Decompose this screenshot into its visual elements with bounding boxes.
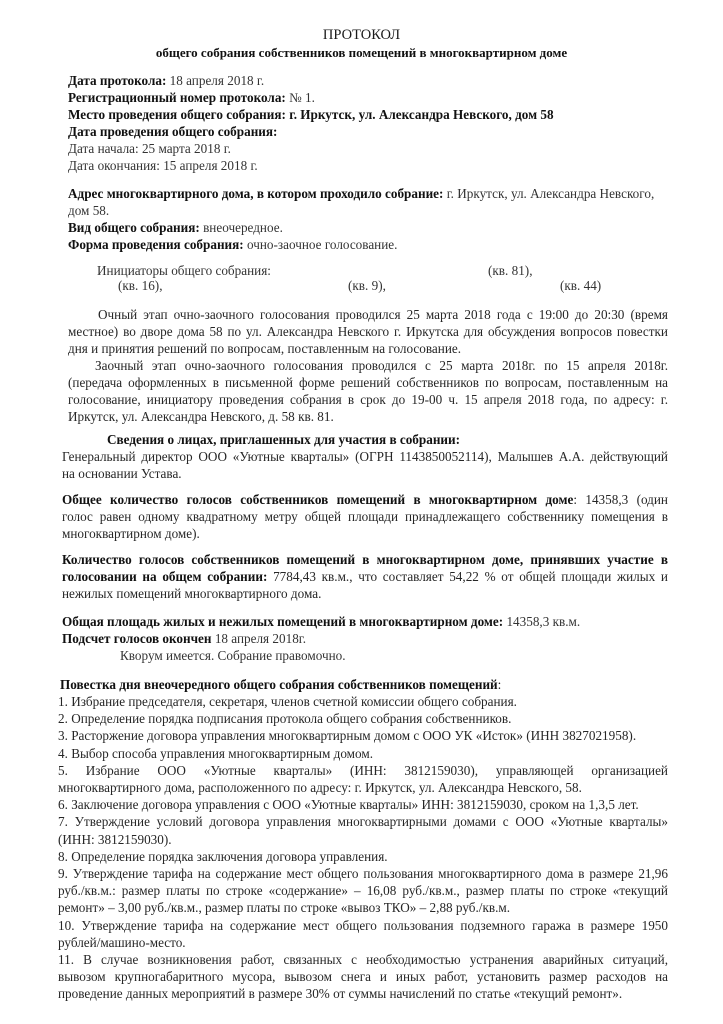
- agenda-item-line: 11. В случае возникновения работ, связан…: [58, 951, 668, 968]
- agenda-item-line: многоквартирного дома, расположенного по…: [58, 779, 668, 796]
- document-subtitle: общего собрания собственников помещений …: [0, 44, 723, 61]
- agenda-item-line: руб./кв.м.: размер платы по строке «соде…: [58, 882, 668, 899]
- document-title: ПРОТОКОЛ: [0, 27, 723, 44]
- house-address: Адрес многоквартирного дома, в котором п…: [68, 185, 654, 202]
- agenda-item-line: 4. Выбор способа управления многоквартир…: [58, 745, 668, 762]
- agenda-item: 10. Утверждение тарифа на содержание мес…: [58, 917, 668, 951]
- meeting-type: Вид общего собрания: внеочередное.: [68, 219, 283, 236]
- agenda-item-line: 8. Определение порядка заключения догово…: [58, 848, 668, 865]
- participating-votes: Количество голосов собственников помещен…: [62, 551, 668, 602]
- agenda-item: 3. Расторжение договора управления много…: [58, 727, 668, 744]
- agenda-item-line: 9. Утверждение тарифа на содержание мест…: [58, 865, 668, 882]
- agenda-item: 8. Определение порядка заключения догово…: [58, 848, 668, 865]
- agenda-item-line: вывозом крупногабаритного мусора, вывозо…: [58, 968, 668, 985]
- agenda-item-line: 3. Расторжение договора управления много…: [58, 727, 668, 744]
- agenda-item: 6. Заключение договора управления с ООО …: [58, 796, 668, 813]
- agenda-list: 1. Избрание председателя, секретаря, чле…: [58, 693, 668, 1003]
- in-person-stage: Очный этап очно-заочного голосования про…: [68, 306, 668, 357]
- agenda-item-line: 6. Заключение договора управления с ООО …: [58, 796, 668, 813]
- agenda-item-line: 2. Определение порядка подписания проток…: [58, 710, 668, 727]
- initiator-apt-44: (кв. 44): [560, 277, 601, 294]
- start-date: Дата начала: 25 марта 2018 г.: [68, 140, 231, 157]
- protocol-date: Дата протокола: 18 апреля 2018 г.: [68, 72, 264, 89]
- agenda-item-line: 5. Избрание ООО «Уютные кварталы» (ИНН: …: [58, 762, 668, 779]
- agenda-heading: Повестка дня внеочередного общего собран…: [60, 676, 501, 693]
- invited-heading: Сведения о лицах, приглашенных для участ…: [107, 431, 460, 448]
- initiator-apt-9: (кв. 9),: [348, 277, 386, 294]
- quorum-statement: Кворум имеется. Собрание правомочно.: [120, 647, 346, 664]
- total-votes: Общее количество голосов собственников п…: [62, 491, 668, 542]
- agenda-item-line: проведение данных мероприятий в размере …: [58, 985, 668, 1002]
- house-address-cont: дом 58.: [68, 202, 109, 219]
- agenda-item: 2. Определение порядка подписания проток…: [58, 710, 668, 727]
- initiator-apt-81: (кв. 81),: [488, 262, 533, 279]
- agenda-item: 11. В случае возникновения работ, связан…: [58, 951, 668, 1003]
- agenda-item: 5. Избрание ООО «Уютные кварталы» (ИНН: …: [58, 762, 668, 796]
- meeting-place: Место проведения общего собрания: г. Ирк…: [68, 106, 554, 123]
- agenda-item-line: ремонт» – 3,00 руб./кв.м., размер платы …: [58, 899, 668, 916]
- meeting-form: Форма проведения собрания: очно-заочное …: [68, 236, 397, 253]
- agenda-item: 4. Выбор способа управления многоквартир…: [58, 745, 668, 762]
- agenda-item-line: рублей/машино-место.: [58, 934, 668, 951]
- agenda-item: 7. Утверждение условий договора управлен…: [58, 813, 668, 847]
- total-area: Общая площадь жилых и нежилых помещений …: [62, 613, 580, 630]
- registration-number: Регистрационный номер протокола: № 1.: [68, 89, 315, 106]
- agenda-item-line: 7. Утверждение условий договора управлен…: [58, 813, 668, 830]
- absentee-stage: Заочный этап очно-заочного голосования п…: [68, 357, 668, 425]
- end-date: Дата окончания: 15 апреля 2018 г.: [68, 157, 258, 174]
- invited-persons: Генеральный директор ООО «Уютные квартал…: [62, 448, 668, 482]
- vote-count-finished: Подсчет голосов окончен 18 апреля 2018г.: [62, 630, 306, 647]
- initiator-apt-16: (кв. 16),: [118, 277, 163, 294]
- agenda-item-line: 1. Избрание председателя, секретаря, чле…: [58, 693, 668, 710]
- agenda-item-line: 10. Утверждение тарифа на содержание мес…: [58, 917, 668, 934]
- meeting-dates-heading: Дата проведения общего собрания:: [68, 123, 277, 140]
- agenda-item: 1. Избрание председателя, секретаря, чле…: [58, 693, 668, 710]
- agenda-item-line: (ИНН: 3812159030).: [58, 831, 668, 848]
- agenda-item: 9. Утверждение тарифа на содержание мест…: [58, 865, 668, 917]
- protocol-page: ПРОТОКОЛ общего собрания собственников п…: [0, 0, 723, 1024]
